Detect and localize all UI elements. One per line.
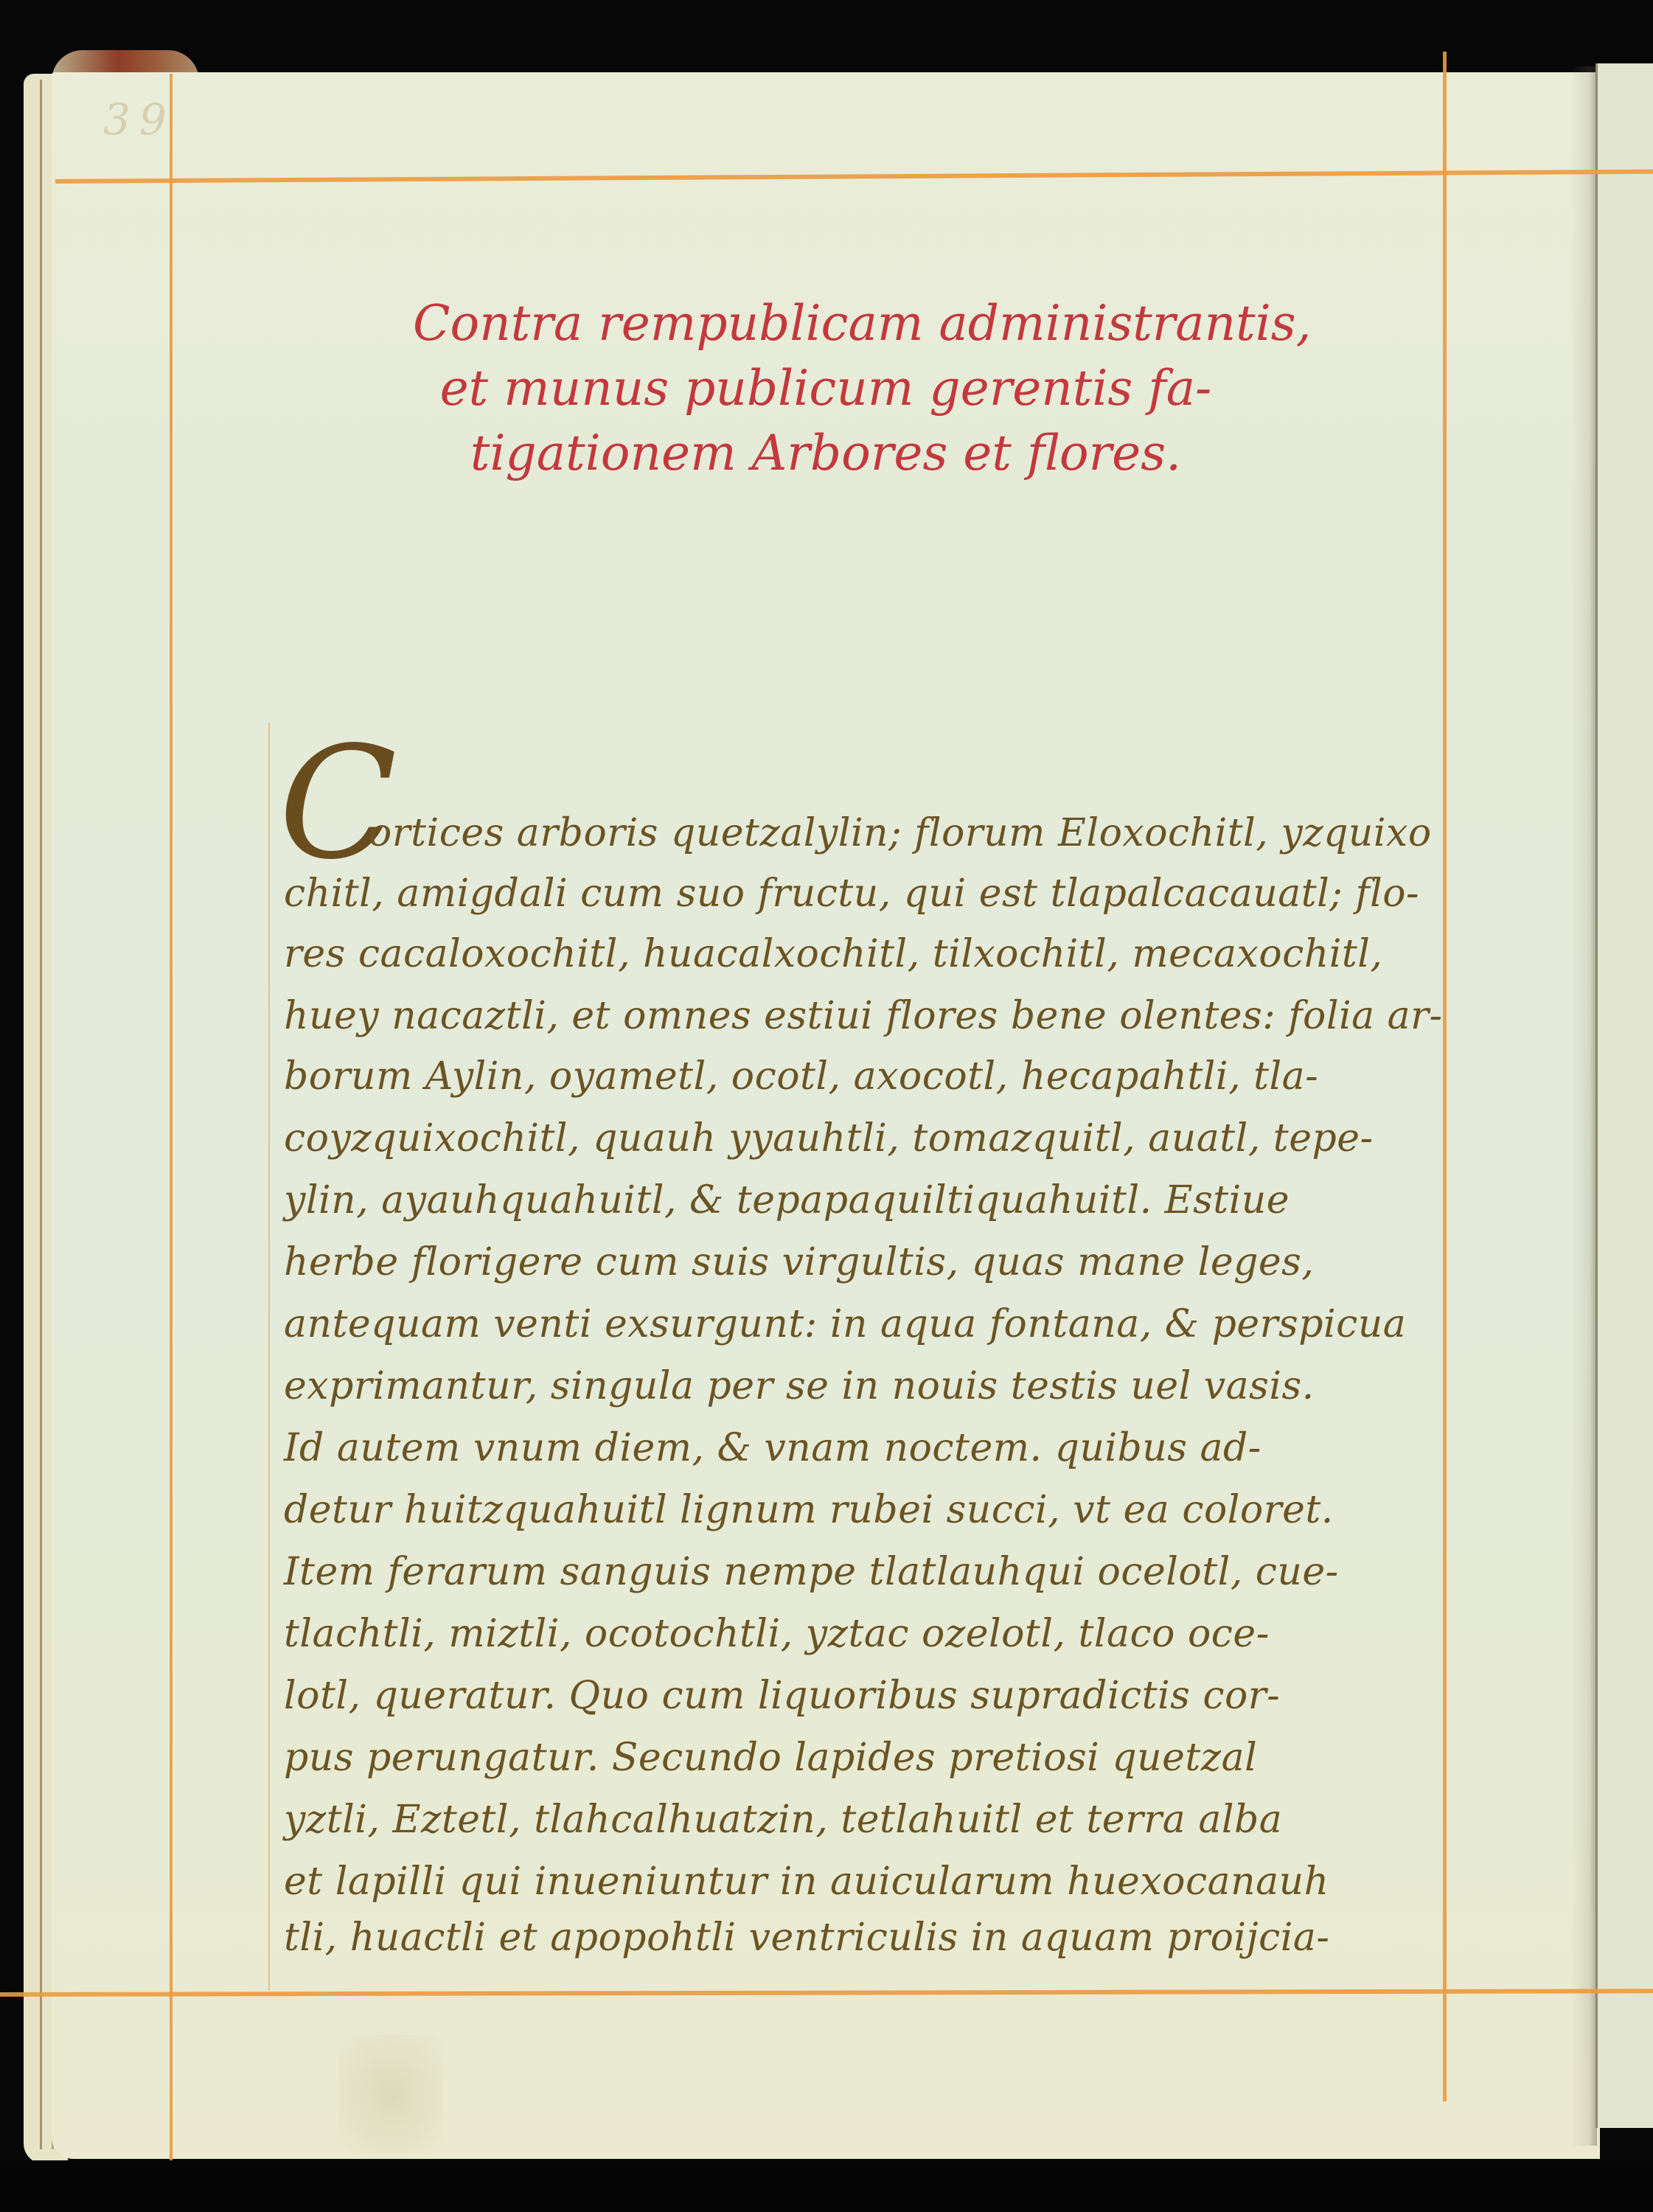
- text-line: tlachtli, miztli, ocotochtli, yztac ozel…: [284, 1612, 1270, 1656]
- ruling-line-text-margin: [268, 723, 270, 1991]
- background-bottom: [0, 2160, 1653, 2212]
- water-stain: [339, 2035, 442, 2153]
- page-edge: [40, 80, 42, 2149]
- text-line: ylin, ayauhquahuitl, & tepapaquiltiquahu…: [284, 1178, 1290, 1222]
- text-line: et lapilli qui inueniuntur in auicularum…: [284, 1860, 1329, 1904]
- text-line: lotl, queratur. Quo cum liquoribus supra…: [284, 1674, 1280, 1718]
- text-line: chitl, amigdali cum suo fructu, qui est …: [284, 872, 1419, 916]
- folio-number: 39: [103, 94, 175, 145]
- text-line: borum Aylin, oyametl, ocotl, axocotl, he…: [284, 1054, 1318, 1099]
- text-line: coyzquixochitl, quauh yyauhtli, tomazqui…: [284, 1116, 1374, 1161]
- text-line: tli, huactli et apopohtli ventriculis in…: [284, 1916, 1330, 1960]
- gutter-shadow: [1570, 66, 1597, 2146]
- manuscript-photo: 39 Contra rempublicam administrantis, et…: [0, 0, 1653, 2212]
- heading-line: et munus publicum gerentis fa-: [383, 356, 1268, 421]
- text-line: res cacaloxochitl, huacalxochitl, tilxoc…: [284, 932, 1382, 976]
- ruling-line-left: [170, 74, 173, 2160]
- text-line: pus perungatur. Secundo lapides pretiosi…: [284, 1736, 1257, 1780]
- text-line: yztli, Eztetl, tlahcalhuatzin, tetlahuit…: [284, 1798, 1282, 1842]
- rubric-heading: Contra rempublicam administrantis, et mu…: [383, 291, 1268, 486]
- text-line: herbe florigere cum suis virgultis, quas…: [284, 1240, 1314, 1284]
- heading-line: Contra rempublicam administrantis,: [383, 291, 1268, 356]
- text-line: Id autem vnum diem, & vnam noctem. quibu…: [284, 1426, 1261, 1470]
- heading-line: tigationem Arbores et flores.: [383, 421, 1268, 486]
- ruling-line-right: [1443, 52, 1447, 2101]
- facing-page-edge: [1595, 63, 1653, 2128]
- text-line: huey nacaztli, et omnes estiui flores be…: [284, 994, 1443, 1038]
- decorated-initial: C: [279, 730, 397, 877]
- text-line: ortices arboris quetzalylin; florum Elox…: [369, 811, 1432, 855]
- text-line: detur huitzquahuitl lignum rubei succi, …: [284, 1488, 1334, 1532]
- text-line: exprimantur, singula per se in nouis tes…: [284, 1364, 1315, 1408]
- text-line: Item ferarum sanguis nempe tlatlauhqui o…: [284, 1550, 1339, 1594]
- text-line: antequam venti exsurgunt: in aqua fontan…: [284, 1302, 1406, 1346]
